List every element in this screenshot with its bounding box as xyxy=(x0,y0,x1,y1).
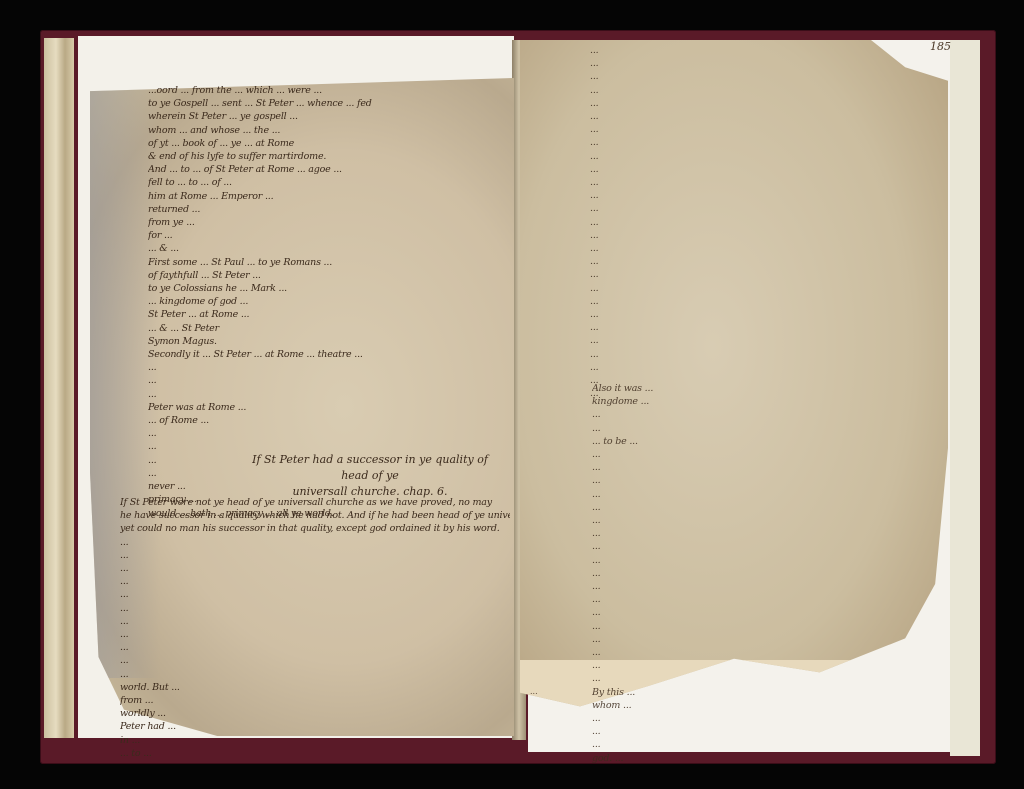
manuscript-line: ... xyxy=(120,536,510,549)
manuscript-line: ... xyxy=(590,123,940,136)
manuscript-line: ... xyxy=(592,580,942,593)
left-page-text-bottom: If St Peter were not ye head of ye unive… xyxy=(120,496,510,760)
manuscript-line: ... xyxy=(592,408,942,421)
manuscript-line: ... xyxy=(148,427,510,440)
manuscript-line: from ... xyxy=(120,694,510,707)
manuscript-line: ... xyxy=(590,189,940,202)
manuscript-line: ... xyxy=(590,44,940,57)
manuscript-line: ... xyxy=(592,474,942,487)
manuscript-line: ... xyxy=(590,282,940,295)
manuscript-line: ... xyxy=(592,646,942,659)
manuscript-line: ... xyxy=(120,615,510,628)
manuscript-line: ... xyxy=(592,540,942,553)
manuscript-line: ... xyxy=(590,242,940,255)
manuscript-line: ... xyxy=(592,527,942,540)
manuscript-line: worldly ... xyxy=(120,707,510,720)
manuscript-line: world. But ... xyxy=(120,681,510,694)
manuscript-line: St Peter ... at Rome ... xyxy=(148,308,510,321)
manuscript-line: If St Peter were not ye head of ye unive… xyxy=(120,496,510,509)
manuscript-line: ... xyxy=(590,348,940,361)
manuscript-line: ... xyxy=(590,176,940,189)
manuscript-line: kingdome ... xyxy=(592,395,942,408)
manuscript-line: ... xyxy=(120,562,510,575)
manuscript-line: ... xyxy=(590,163,940,176)
manuscript-line: And ... to ... of St Peter at Rome ... a… xyxy=(148,163,510,176)
manuscript-line: ... xyxy=(590,334,940,347)
manuscript-line: ... xyxy=(590,110,940,123)
manuscript-line: ... xyxy=(120,588,510,601)
manuscript-line: of yt ... book of ... ye ... at Rome xyxy=(148,137,510,150)
manuscript-line: ... xyxy=(590,57,940,70)
manuscript-line: to ye Colossians he ... Mark ... xyxy=(148,282,510,295)
manuscript-line: ... xyxy=(592,593,942,606)
manuscript-line: god. ... xyxy=(592,752,942,765)
manuscript-line: ... xyxy=(592,567,942,580)
manuscript-line: ... xyxy=(590,97,940,110)
manuscript-line: ... xyxy=(590,150,940,163)
page-block-edge xyxy=(44,38,74,738)
manuscript-line: ... xyxy=(590,268,940,281)
manuscript-line: ... xyxy=(592,738,942,751)
manuscript-line: ... xyxy=(120,549,510,562)
manuscript-line: ... xyxy=(592,672,942,685)
manuscript-line: ... of Rome ... xyxy=(148,414,510,427)
manuscript-line: ... xyxy=(120,641,510,654)
manuscript-line: for ... xyxy=(148,229,510,242)
manuscript-line: ... xyxy=(592,554,942,567)
manuscript-line: ... xyxy=(120,668,510,681)
manuscript-line: ... xyxy=(120,575,510,588)
manuscript-line: ... xyxy=(592,633,942,646)
manuscript-line: ... xyxy=(120,602,510,615)
manuscript-line: he have successor in a quality which he … xyxy=(120,509,510,522)
manuscript-line: ... xyxy=(592,725,942,738)
manuscript-line: ... to ... xyxy=(120,747,510,760)
manuscript-line: Symon Magus. xyxy=(148,335,510,348)
right-page-edges xyxy=(950,40,980,756)
manuscript-line: ... to be ... xyxy=(592,435,942,448)
manuscript-line: fell to ... to ... of ... xyxy=(148,176,510,189)
manuscript-line: ... kingdome of god ... xyxy=(148,295,510,308)
manuscript-line: ... xyxy=(148,388,510,401)
manuscript-line: ... xyxy=(592,448,942,461)
manuscript-line: wherein St Peter ... ye gospell ... xyxy=(148,110,510,123)
manuscript-line: ... xyxy=(592,461,942,474)
chapter-heading: If St Peter had a successor in ye qualit… xyxy=(250,452,490,500)
manuscript-line: ... xyxy=(592,712,942,725)
right-page-text-top: ........................................… xyxy=(590,44,940,400)
manuscript-line: ... xyxy=(590,255,940,268)
manuscript-line: ... xyxy=(592,620,942,633)
heading-line-1: If St Peter had a successor in ye qualit… xyxy=(250,452,490,484)
manuscript-line: ... xyxy=(592,422,942,435)
right-page-text-bottom: Also it was ...kingdome ............ to … xyxy=(592,382,942,765)
manuscript-line: whom ... and whose ... the ... xyxy=(148,124,510,137)
manuscript-line: ... xyxy=(592,488,942,501)
manuscript-line: Also it was ... xyxy=(592,382,942,395)
manuscript-line: ...oord ... from the ... which ... were … xyxy=(148,84,510,97)
manuscript-line: ... & ... St Peter xyxy=(148,322,510,335)
manuscript-line: ... xyxy=(590,84,940,97)
manuscript-line: ... xyxy=(590,136,940,149)
manuscript-line: in ... xyxy=(120,734,510,747)
manuscript-line: ... xyxy=(590,321,940,334)
manuscript-line: ... xyxy=(120,628,510,641)
manuscript-line: ... xyxy=(590,295,940,308)
manuscript-line: from ye ... xyxy=(148,216,510,229)
manuscript-line: Peter was at Rome ... xyxy=(148,401,510,414)
manuscript-line: ... xyxy=(590,229,940,242)
manuscript-line: Secondly it ... St Peter ... at Rome ...… xyxy=(148,348,510,361)
manuscript-line: of faythfull ... St Peter ... xyxy=(148,269,510,282)
manuscript-line: whom ... xyxy=(592,699,942,712)
manuscript-line: First some ... St Paul ... to ye Romans … xyxy=(148,256,510,269)
manuscript-line: ... xyxy=(590,308,940,321)
manuscript-line: ... xyxy=(592,606,942,619)
manuscript-line: ... & ... xyxy=(148,242,510,255)
manuscript-line: ... xyxy=(148,374,510,387)
marginal-note: ... xyxy=(530,687,538,696)
manuscript-line: ... xyxy=(592,501,942,514)
manuscript-line: ... xyxy=(590,216,940,229)
manuscript-line: By this ... xyxy=(592,686,942,699)
manuscript-line: ... xyxy=(590,361,940,374)
manuscript-line: returned ... xyxy=(148,203,510,216)
manuscript-line: ... xyxy=(592,514,942,527)
manuscript-line: yet could no man his successor in that q… xyxy=(120,522,510,535)
manuscript-line: him at Rome ... Emperor ... xyxy=(148,190,510,203)
manuscript-line: Peter had ... xyxy=(120,720,510,733)
manuscript-line: ... xyxy=(148,361,510,374)
manuscript-line: ... xyxy=(592,659,942,672)
manuscript-line: & end of his lyfe to suffer martirdome. xyxy=(148,150,510,163)
manuscript-line: to ye Gospell ... sent ... St Peter ... … xyxy=(148,97,510,110)
manuscript-line: ... xyxy=(120,654,510,667)
manuscript-line: ... xyxy=(590,70,940,83)
manuscript-line: ... xyxy=(590,202,940,215)
